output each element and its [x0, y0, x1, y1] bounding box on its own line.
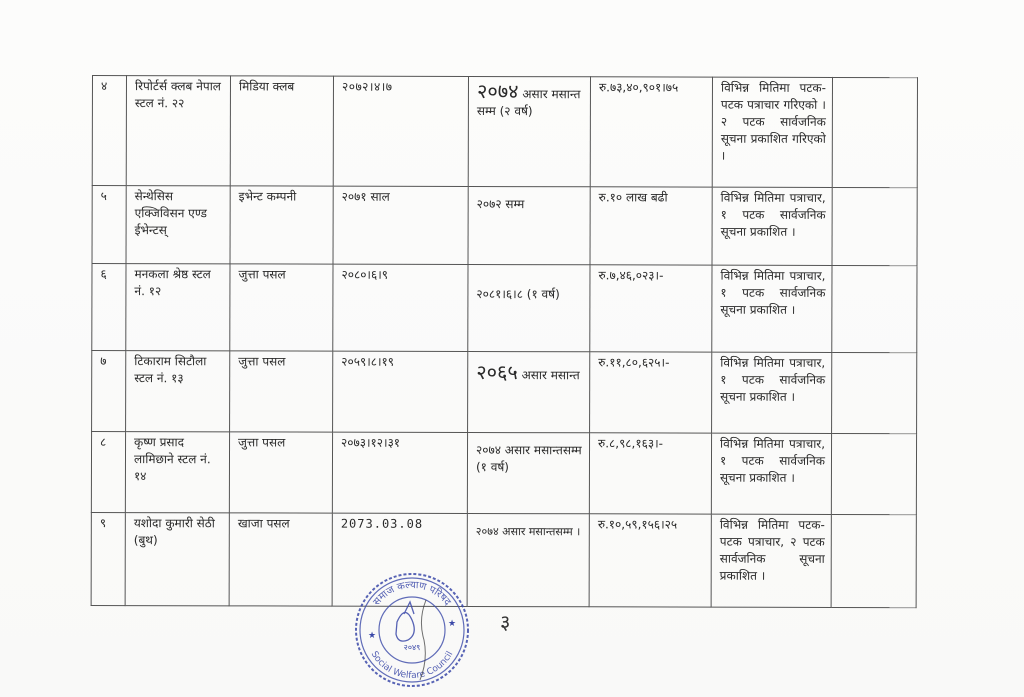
end-detail: असार मसान्त — [522, 368, 580, 382]
end-period: २०७२ सम्म — [468, 186, 590, 264]
serial-number: ६ — [92, 264, 126, 351]
svg-text:समाज कल्याण परिषद: समाज कल्याण परिषद — [371, 580, 453, 608]
table-row: ९ यशोदा कुमारी सेठी (बुथ) खाजा पसल 2073.… — [91, 512, 916, 607]
serial-number: ४ — [92, 76, 126, 186]
business-type: मिडिया क्लब — [230, 76, 333, 186]
start-date: २०५९।८।१९ — [333, 351, 468, 432]
table-row: ७ टिकाराम सिटौला स्टल नं. १३ जुत्ता पसल … — [92, 351, 917, 434]
serial-number: ५ — [92, 186, 126, 264]
start-date: २०७३।१२।३१ — [332, 432, 467, 513]
end-detail: २०७४ असार मसान्तसम्म । — [476, 525, 581, 538]
serial-number: ७ — [92, 351, 126, 432]
amount-due: रु.७३,४०,९०१।७५ — [590, 77, 712, 187]
svg-text:★: ★ — [448, 619, 456, 629]
social-welfare-council-seal: समाज कल्याण परिषद Social Welfare Council… — [352, 570, 472, 690]
table-row: ६ मनकला श्रेष्ठ स्टल नं. १२ जुत्ता पसल २… — [92, 264, 917, 353]
start-date: २०७१ साल — [333, 186, 468, 264]
party-name: सेन्थेसिस एक्जिविसन एण्ड ईभेन्टस् — [126, 186, 230, 264]
action-note: विभिन्न मितिमा पत्राचार, १ पटक सार्वजनिक… — [711, 433, 831, 514]
end-detail: २०८१।६।८ (१ वर्ष) — [476, 287, 559, 301]
business-type: जुत्ता पसल — [230, 264, 333, 351]
party-name: कृष्ण प्रसाद लामिछाने स्टल नं. १४ — [125, 432, 229, 513]
scanned-page: ४ रिपोर्टर्स क्लब नेपाल स्टल नं. २२ मिडि… — [0, 0, 1024, 697]
page-number: ३ — [500, 608, 510, 635]
remarks — [832, 77, 917, 187]
end-period: २०७४ असार मसान्त सम्म (२ वर्ष) — [468, 76, 590, 186]
action-note: विभिन्न मितिमा पत्राचार, १ पटक सार्वजनिक… — [712, 265, 832, 352]
business-type: जुत्ता पसल — [230, 351, 333, 432]
end-period: २०७४ असार मसान्तसम्म (१ वर्ष) — [467, 432, 589, 513]
business-type: इभेन्ट कम्पनी — [230, 186, 333, 264]
records-table: ४ रिपोर्टर्स क्लब नेपाल स्टल नं. २२ मिडि… — [91, 75, 918, 608]
action-note: विभिन्न मितिमा पत्राचार, १ पटक सार्वजनिक… — [712, 352, 832, 433]
amount-due: रु.७,४६,०२३।- — [590, 265, 712, 352]
table-row: ५ सेन्थेसिस एक्जिविसन एण्ड ईभेन्टस् इभेन… — [92, 186, 917, 266]
table-row: ४ रिपोर्टर्स क्लब नेपाल स्टल नं. २२ मिडि… — [92, 76, 917, 188]
end-detail: २०७४ असार मसान्तसम्म (१ वर्ष) — [476, 443, 582, 474]
serial-number: ९ — [91, 512, 125, 605]
end-year: २०७४ — [477, 79, 519, 103]
start-date: २०७२।४।७ — [333, 76, 468, 186]
seal-top-text: समाज कल्याण परिषद — [371, 580, 453, 608]
party-name: मनकला श्रेष्ठ स्टल नं. १२ — [126, 264, 230, 351]
amount-due: रु.१० लाख बढी — [590, 187, 712, 265]
amount-due: रु.११,८०,६२५।- — [590, 352, 712, 433]
end-period: २०६५ असार मसान्त — [468, 351, 590, 432]
end-year: २०६५ — [476, 360, 518, 384]
svg-text:★: ★ — [368, 631, 376, 641]
seal-year: २०४९ — [404, 643, 421, 652]
amount-due: रु.८,९८,१६३।- — [589, 433, 711, 514]
end-detail: २०७२ सम्म — [477, 197, 525, 211]
seal-stamp-icon: समाज कल्याण परिषद Social Welfare Council… — [352, 570, 472, 690]
serial-number: ८ — [91, 432, 125, 513]
business-type: खाजा पसल — [229, 513, 332, 606]
end-period: २०७४ असार मसान्तसम्म । — [467, 513, 589, 606]
start-date: २०८०।६।९ — [333, 264, 468, 351]
party-name: टिकाराम सिटौला स्टल नं. १३ — [126, 351, 230, 432]
remarks — [831, 433, 916, 514]
remarks — [832, 352, 917, 433]
business-type: जुत्ता पसल — [229, 432, 332, 513]
action-note: विभिन्न मितिमा पटक-पटक पत्राचार, २ पटक स… — [711, 514, 831, 607]
remarks — [832, 187, 917, 265]
remarks — [831, 514, 916, 607]
party-name: रिपोर्टर्स क्लब नेपाल स्टल नं. २२ — [126, 76, 230, 186]
action-note: विभिन्न मितिमा पत्राचार, १ पटक सार्वजनिक… — [712, 187, 832, 265]
amount-due: रु.१०,५९,१५६।२५ — [589, 514, 711, 607]
party-name: यशोदा कुमारी सेठी (बुथ) — [125, 513, 229, 606]
remarks — [832, 265, 917, 352]
end-period: २०८१।६।८ (१ वर्ष) — [468, 264, 590, 351]
table-row: ८ कृष्ण प्रसाद लामिछाने स्टल नं. १४ जुत्… — [91, 432, 916, 515]
action-note: विभिन्न मितिमा पटक-पटक पत्राचार गरिएको ।… — [712, 77, 832, 187]
